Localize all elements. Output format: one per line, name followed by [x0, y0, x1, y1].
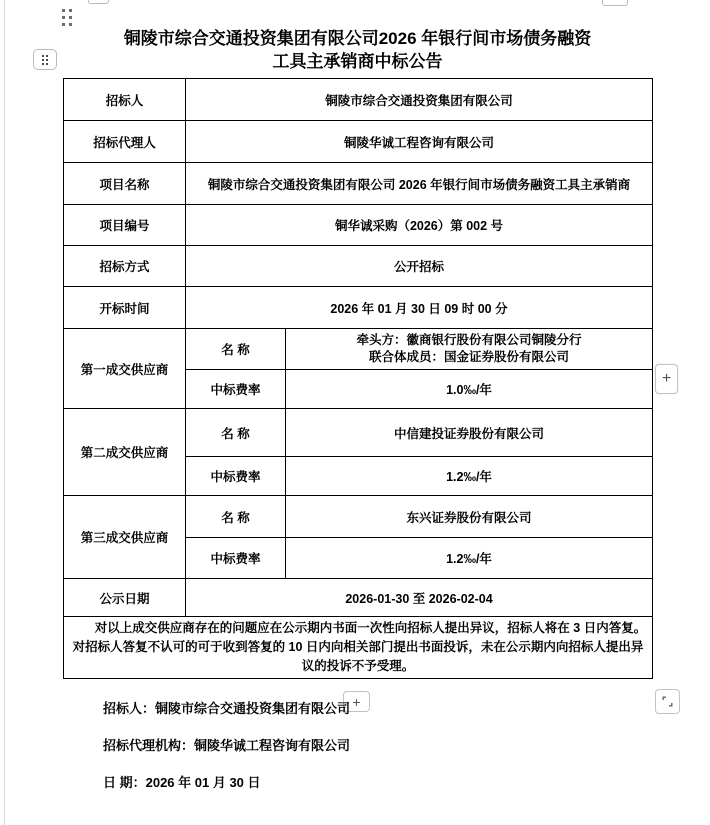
- announcement-title-line1: 铜陵市综合交通投资集团有限公司2026 年银行间市场债务融资: [63, 27, 652, 50]
- signature-tenderer: 招标人：铜陵市综合交通投资集团有限公司: [103, 698, 350, 717]
- table-row: 招标方式 公开招标: [64, 246, 653, 287]
- supplier1-name-value: 牵头方：徽商银行股份有限公司铜陵分行 联合体成员：国金证券股份有限公司: [286, 329, 653, 370]
- signature-agent: 招标代理机构：铜陵华诚工程咨询有限公司: [103, 735, 350, 754]
- cropped-button-corner-left: [88, 0, 109, 4]
- supplier1-rate-value: 1.0‰/年: [286, 370, 653, 409]
- opening-time-value: 2026 年 01 月 30 日 09 时 00 分: [186, 287, 653, 329]
- tenderer-label: 招标人: [64, 79, 186, 121]
- agent-value: 铜陵华诚工程咨询有限公司: [186, 121, 653, 163]
- tender-method-value: 公开招标: [186, 246, 653, 287]
- announcement-title: 铜陵市综合交通投资集团有限公司2026 年银行间市场债务融资 工具主承销商中标公…: [63, 27, 652, 73]
- table-row: 公示日期 2026-01-30 至 2026-02-04: [64, 579, 653, 617]
- tenderer-value: 铜陵市综合交通投资集团有限公司: [186, 79, 653, 121]
- supplier1-rate-label: 中标费率: [186, 370, 286, 409]
- plus-icon: +: [352, 694, 360, 710]
- supplier2-rate-value: 1.2‰/年: [286, 457, 653, 496]
- agent-label: 招标代理人: [64, 121, 186, 163]
- supplier3-name-label: 名 称: [186, 496, 286, 538]
- supplier2-name-label: 名 称: [186, 409, 286, 457]
- page-left-edge-line: [4, 0, 5, 825]
- publicity-date-label: 公示日期: [64, 579, 186, 617]
- announcement-title-line2: 工具主承销商中标公告: [63, 50, 652, 73]
- supplier2-name-value: 中信建投证券股份有限公司: [286, 409, 653, 457]
- table-row: 开标时间 2026 年 01 月 30 日 09 时 00 分: [64, 287, 653, 329]
- tender-method-label: 招标方式: [64, 246, 186, 287]
- supplier2-group-label: 第二成交供应商: [64, 409, 186, 496]
- table-row: 项目编号 铜华诚采购（2026）第 002 号: [64, 205, 653, 246]
- supplier3-name-value: 东兴证券股份有限公司: [286, 496, 653, 538]
- table-row: 招标代理人 铜陵华诚工程咨询有限公司: [64, 121, 653, 163]
- supplier1-name-label: 名 称: [186, 329, 286, 370]
- expand-button[interactable]: [655, 689, 680, 714]
- table-row: 对以上成交供应商存在的问题应在公示期内书面一次性向招标人提出异议，招标人将在 3…: [64, 617, 653, 679]
- award-table: 招标人 铜陵市综合交通投资集团有限公司 招标代理人 铜陵华诚工程咨询有限公司 项…: [63, 78, 653, 679]
- project-number-label: 项目编号: [64, 205, 186, 246]
- expand-icon: [662, 696, 673, 707]
- objection-notice-text: 对以上成交供应商存在的问题应在公示期内书面一次性向招标人提出异议，招标人将在 3…: [64, 617, 653, 679]
- table-row: 第三成交供应商 名 称 东兴证券股份有限公司: [64, 496, 653, 538]
- supplier3-rate-label: 中标费率: [186, 538, 286, 579]
- signature-date: 日 期：2026 年 01 月 30 日: [103, 772, 261, 791]
- block-drag-handle-icon[interactable]: [62, 9, 72, 26]
- plus-icon: +: [662, 370, 671, 388]
- opening-time-label: 开标时间: [64, 287, 186, 329]
- publicity-date-value: 2026-01-30 至 2026-02-04: [186, 579, 653, 617]
- supplier1-group-label: 第一成交供应商: [64, 329, 186, 409]
- supplier3-rate-value: 1.2‰/年: [286, 538, 653, 579]
- supplier3-group-label: 第三成交供应商: [64, 496, 186, 579]
- supplier2-rate-label: 中标费率: [186, 457, 286, 496]
- document-page: 铜陵市综合交通投资集团有限公司2026 年银行间市场债务融资 工具主承销商中标公…: [0, 0, 710, 825]
- project-name-value: 铜陵市综合交通投资集团有限公司 2026 年银行间市场债务融资工具主承销商: [186, 163, 653, 205]
- block-handle-button[interactable]: [33, 49, 57, 70]
- table-row: 第二成交供应商 名 称 中信建投证券股份有限公司: [64, 409, 653, 457]
- add-block-button[interactable]: +: [655, 364, 678, 394]
- cropped-button-corner-right: [602, 0, 628, 6]
- table-row: 第一成交供应商 名 称 牵头方：徽商银行股份有限公司铜陵分行 联合体成员：国金证…: [64, 329, 653, 370]
- grid-dots-icon: [42, 55, 48, 65]
- project-number-value: 铜华诚采购（2026）第 002 号: [186, 205, 653, 246]
- table-row: 项目名称 铜陵市综合交通投资集团有限公司 2026 年银行间市场债务融资工具主承…: [64, 163, 653, 205]
- project-name-label: 项目名称: [64, 163, 186, 205]
- table-row: 招标人 铜陵市综合交通投资集团有限公司: [64, 79, 653, 121]
